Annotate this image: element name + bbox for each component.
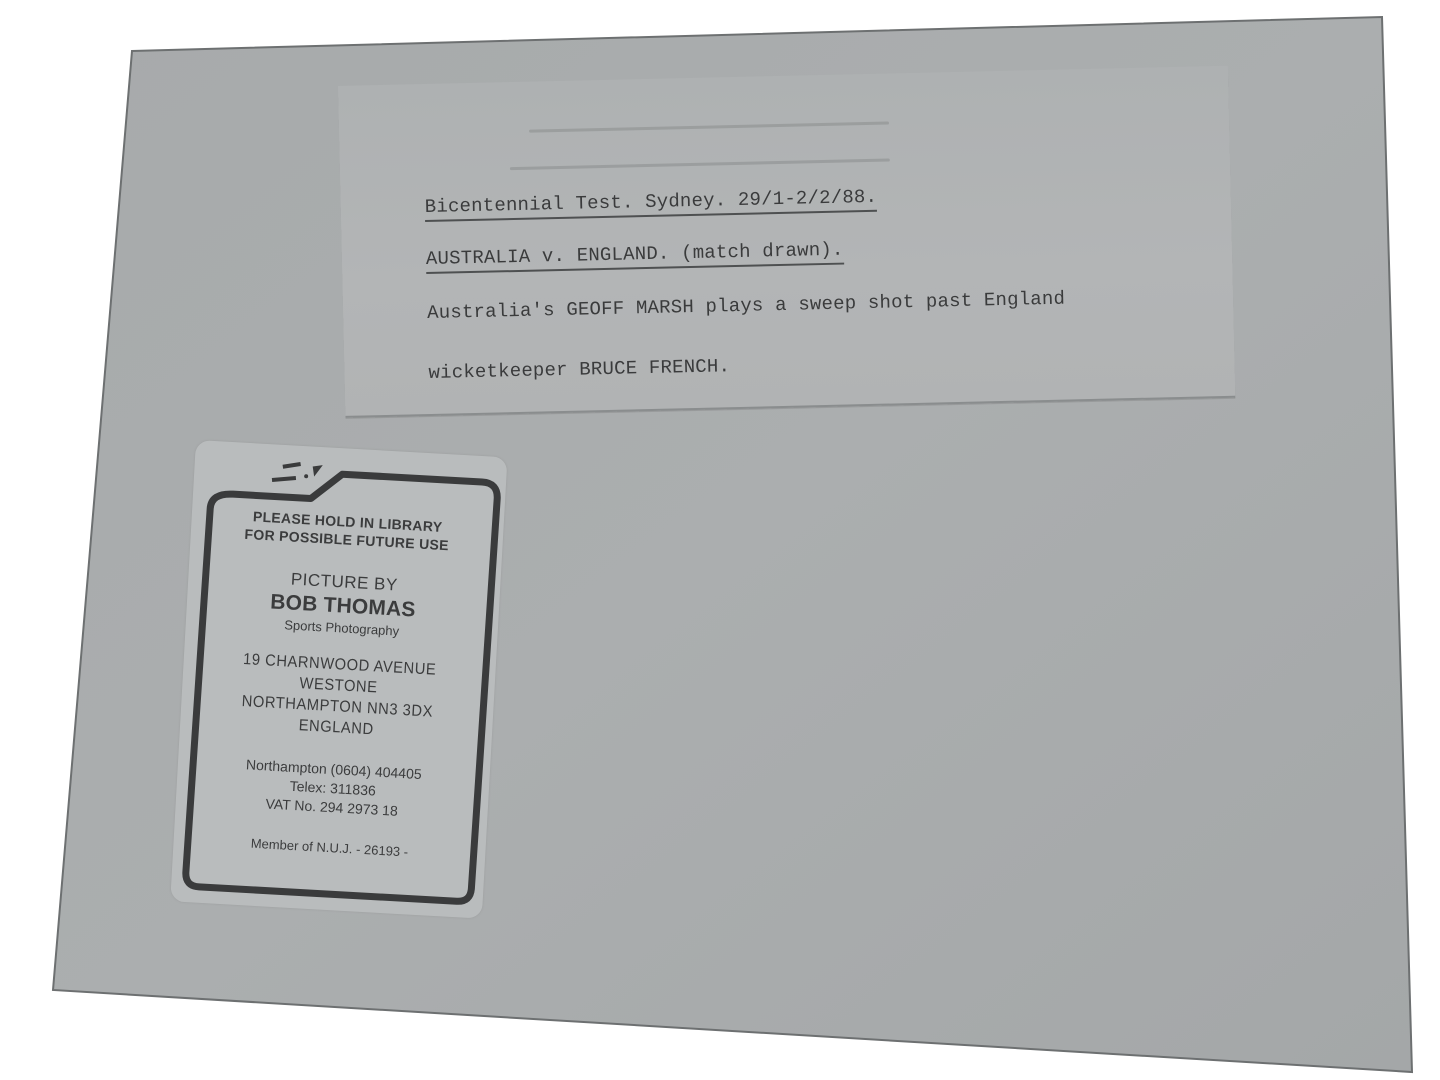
- caption-description-line2: wicketkeeper BRUCE FRENCH.: [428, 355, 730, 384]
- logo-mark-icon: [272, 460, 323, 484]
- caption-match-line: AUSTRALIA v. ENGLAND. (match drawn).: [426, 239, 844, 274]
- caption-slip: Bicentennial Test. Sydney. 29/1-2/2/88. …: [338, 66, 1235, 418]
- ghost-line: [510, 159, 890, 171]
- photo-document: Bicentennial Test. Sydney. 29/1-2/2/88. …: [0, 0, 1440, 1080]
- caption-description-line1: Australia's GEOFF MARSH plays a sweep sh…: [427, 288, 1065, 324]
- ghost-line: [529, 122, 889, 133]
- library-sticker: PLEASE HOLD IN LIBRARY FOR POSSIBLE FUTU…: [170, 440, 507, 919]
- caption-event-line: Bicentennial Test. Sydney. 29/1-2/2/88.: [425, 186, 878, 222]
